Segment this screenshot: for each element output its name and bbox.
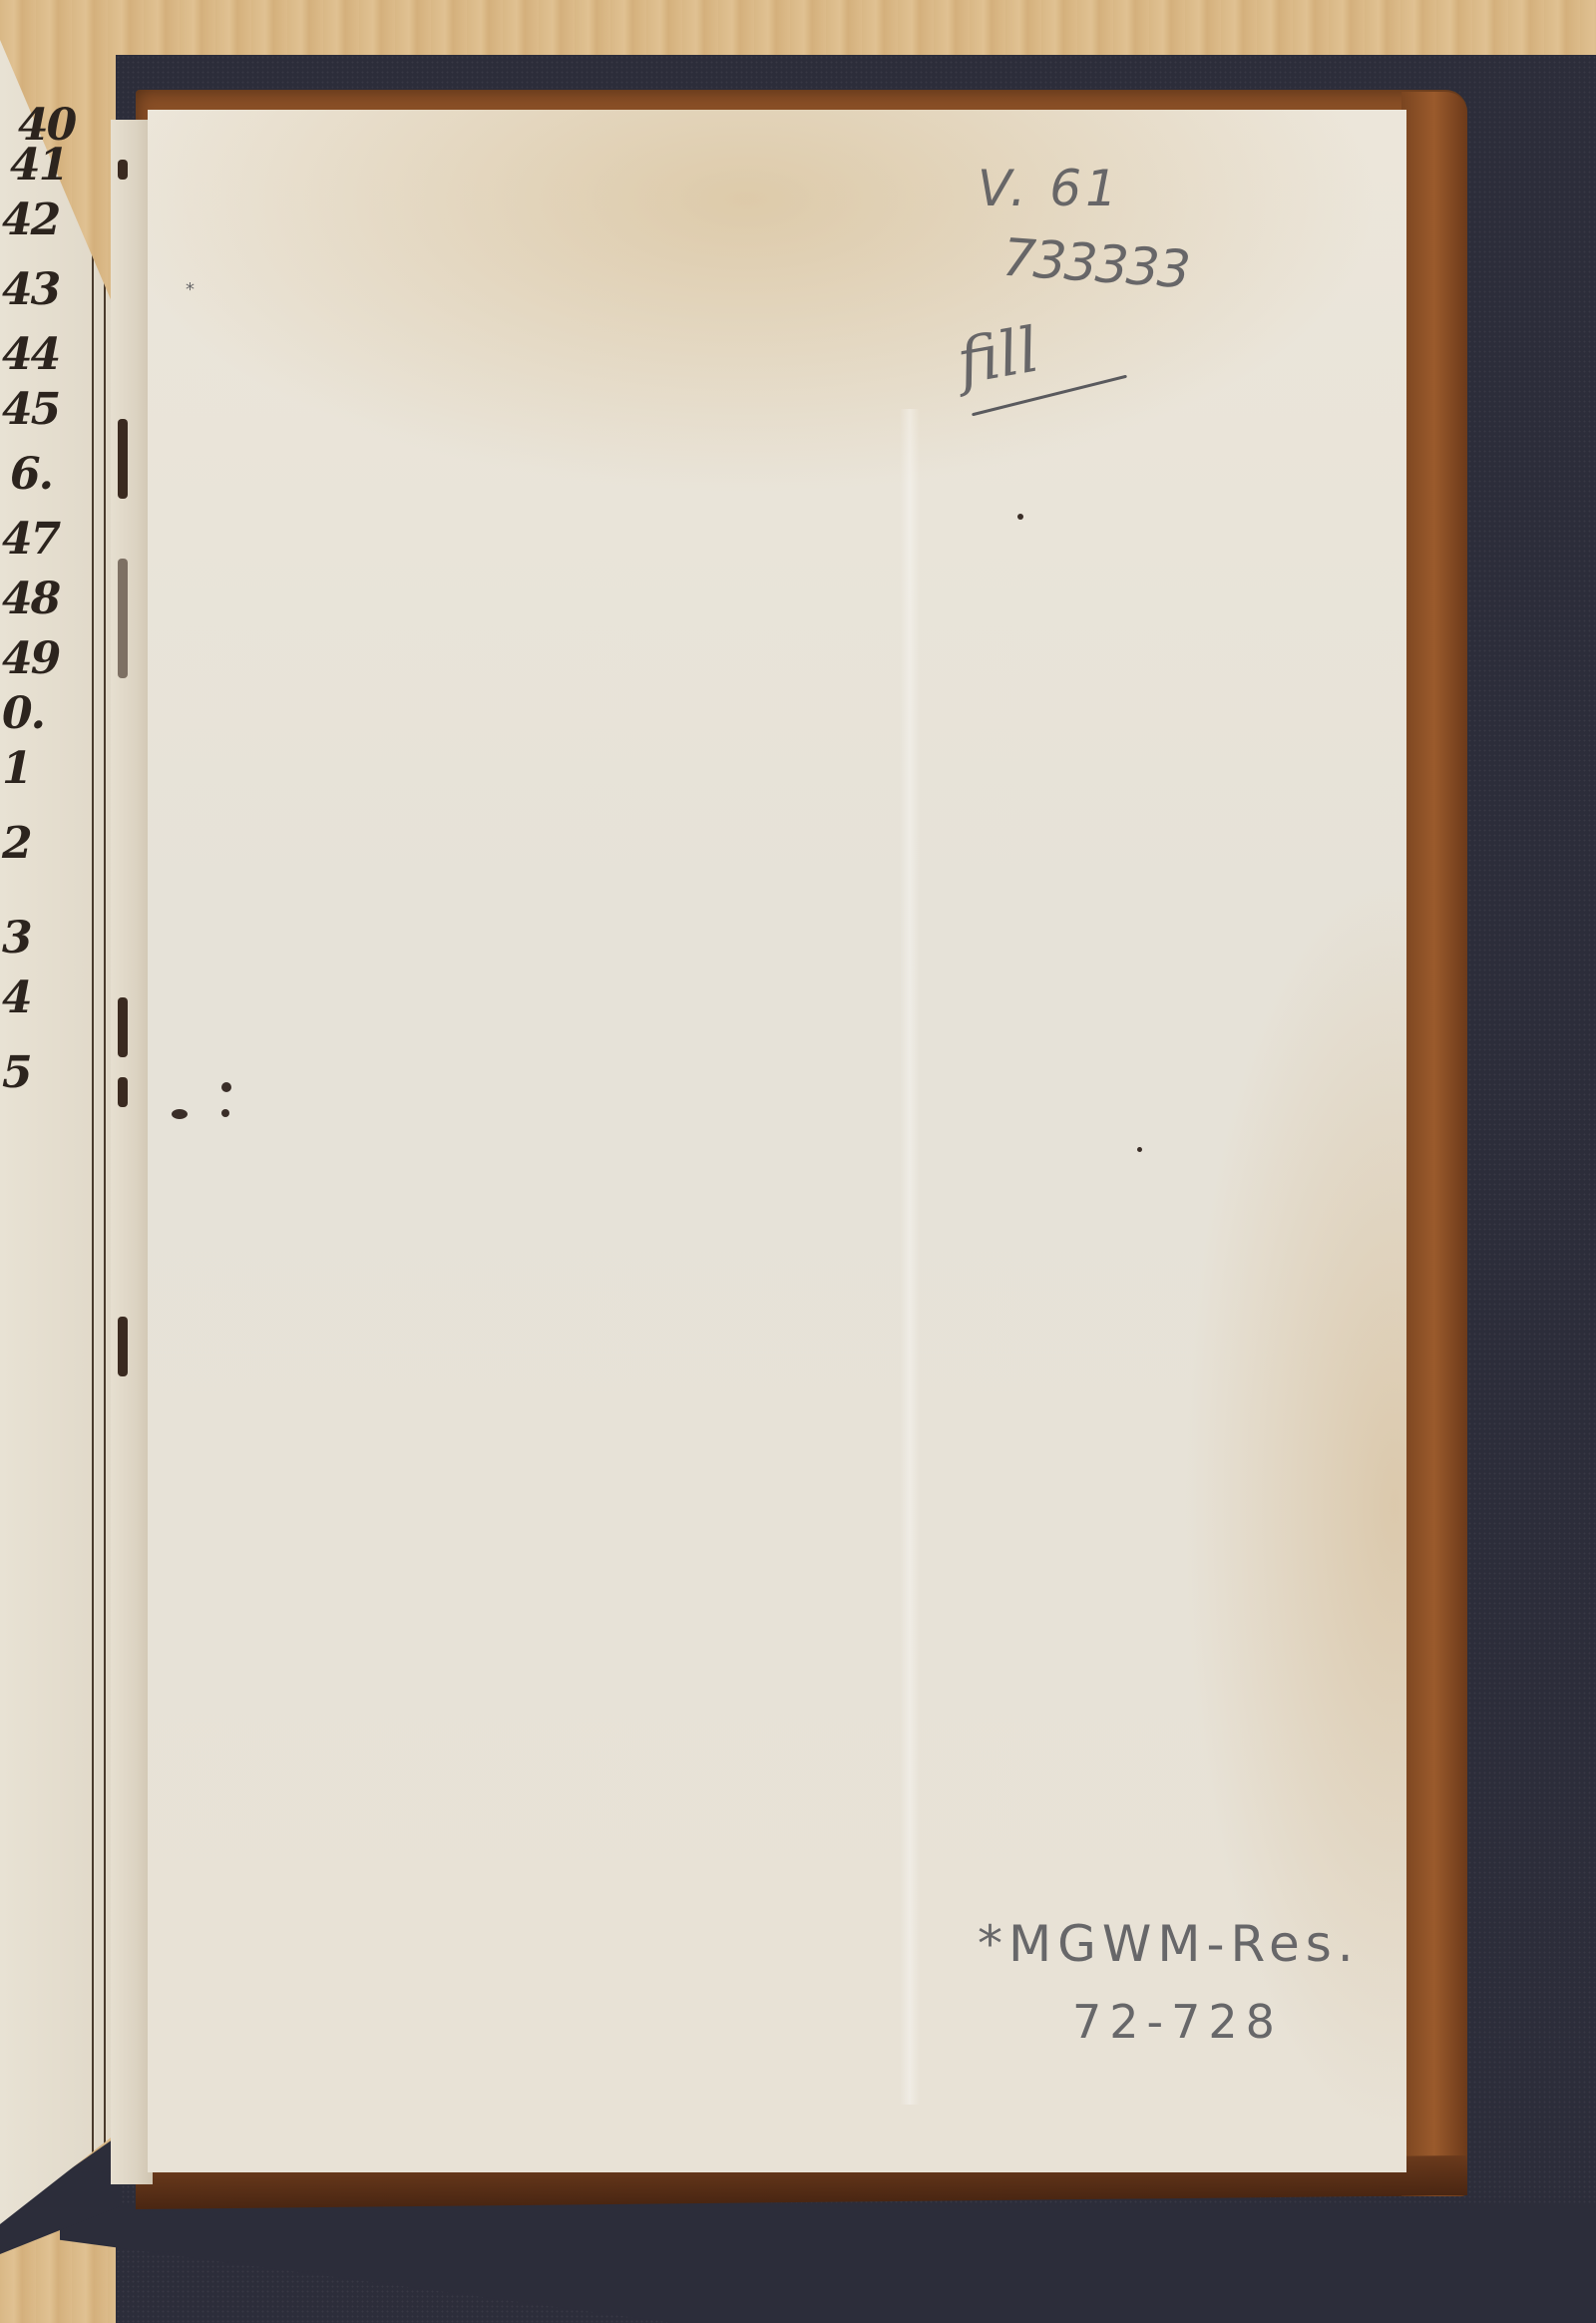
page-number: 45 [2, 384, 59, 435]
accession-annotation: 72-728 [1072, 1995, 1283, 2049]
page-number: 42 [2, 194, 59, 245]
page-number: 47 [2, 514, 59, 565]
page-number: 3 [2, 913, 31, 964]
shelfmark-annotation: *MGWM-Res. [978, 1915, 1360, 1973]
binding-damage [118, 160, 128, 180]
page-number: 4 [2, 972, 31, 1023]
ruled-line [104, 120, 106, 2174]
foxing-spot [1137, 1147, 1142, 1152]
foxing-spot [221, 1109, 229, 1117]
page-number: 2 [2, 818, 31, 869]
binding-damage [118, 419, 128, 499]
page-number: 43 [2, 264, 59, 315]
paper-fold [900, 409, 920, 2105]
ruled-line [92, 120, 94, 2174]
page-number: 41 [10, 140, 67, 191]
binding-damage [118, 1317, 128, 1376]
volume-annotation: V. 61 [978, 160, 1121, 217]
foxing-spot [1017, 514, 1023, 520]
leather-board-fore-edge [1401, 92, 1467, 2196]
asterisk-mark: * [186, 279, 195, 300]
binding-damage [118, 1077, 128, 1107]
foxing-spot [221, 1082, 231, 1092]
page-number: 6. [10, 449, 52, 500]
page-number: 1 [2, 743, 31, 794]
page-number: 44 [2, 329, 59, 380]
foxing-spot [172, 1109, 188, 1119]
page-number: 48 [2, 574, 59, 624]
page-number: 0. [2, 688, 44, 739]
binding-damage [118, 559, 128, 678]
binding-damage [118, 997, 128, 1057]
page-number: 49 [2, 633, 59, 684]
page-number: 5 [2, 1047, 31, 1098]
signature-annotation: fill [952, 313, 1043, 399]
flyleaf-page [148, 110, 1406, 2172]
